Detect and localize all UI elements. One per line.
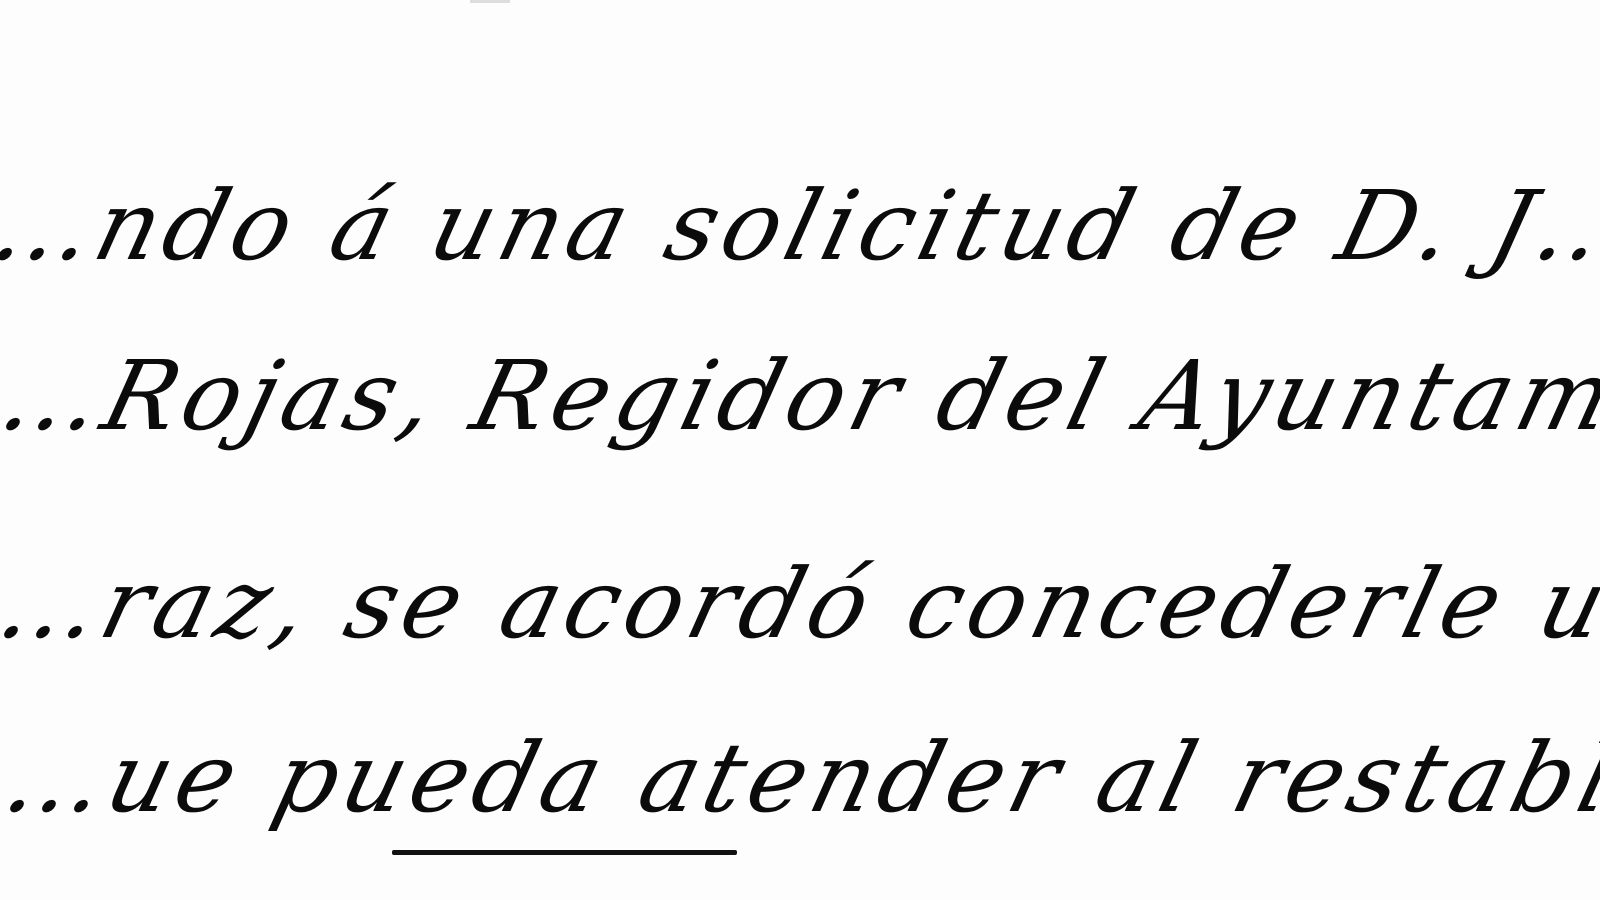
manuscript-line-1: …ndo á una solicitud de D. J… bbox=[0, 170, 1600, 282]
manuscript-line-4: …ue pueda atender al restablecimi… bbox=[0, 722, 1600, 834]
underline-atender bbox=[392, 850, 737, 855]
manuscript-line-3: …raz, se acordó concederle un me… bbox=[0, 548, 1600, 660]
manuscript-line-2: …Rojas, Regidor del Ayuntam… bbox=[0, 340, 1600, 452]
manuscript-page: …ndo á una solicitud de D. J… …Rojas, Re… bbox=[0, 0, 1600, 900]
scan-edge-mark bbox=[470, 0, 510, 3]
